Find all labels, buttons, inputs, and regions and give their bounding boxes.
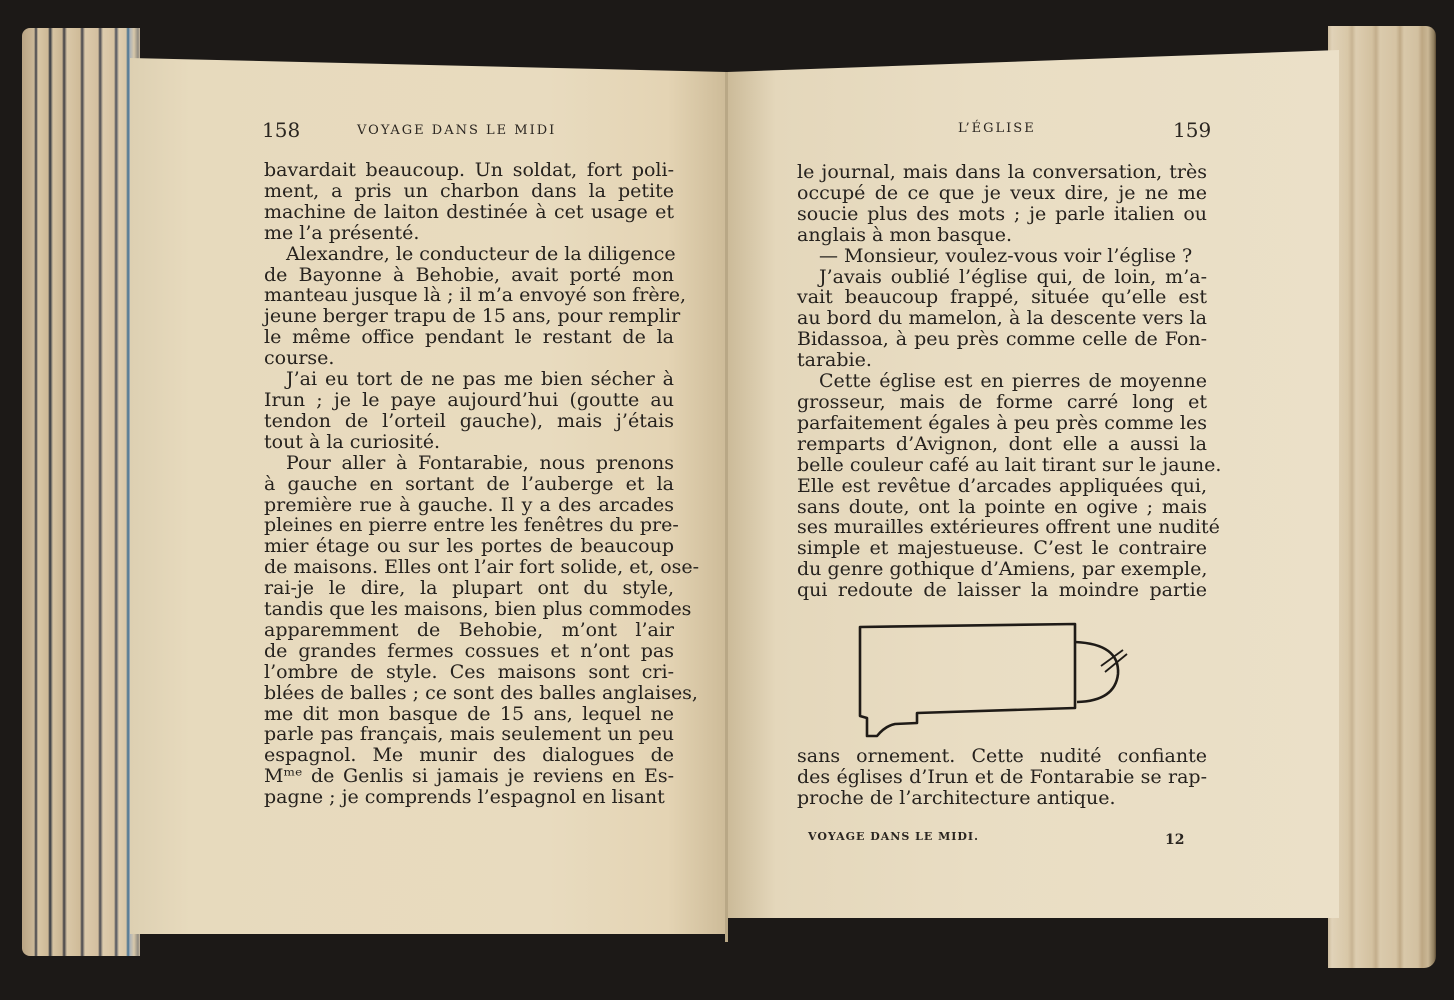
text-line: tandis que les maisons, bien plus commod…: [264, 599, 674, 620]
text-line: jeune berger trapu de 15 ans, pour rempl…: [264, 306, 674, 327]
right-page-body-bottom: sans ornement. Cette nudité confiantedes…: [797, 746, 1207, 809]
text-line: Cette église est en pierres de moyenne: [797, 371, 1207, 392]
text-line: pagne ; je comprends l’espagnol en lisan…: [264, 787, 674, 808]
text-line: proche de l’architecture antique.: [797, 788, 1207, 809]
text-line: mier étage ou sur les portes de beaucoup: [264, 536, 674, 557]
left-page-body: bavardait beaucoup. Un soldat, fort poli…: [264, 160, 674, 808]
text-line: Bidassoa, à peu près comme celle de Fon-: [797, 329, 1207, 350]
left-page-number: 158: [262, 118, 300, 142]
left-running-header: VOYAGE DANS LE MIDI: [357, 123, 556, 138]
text-line: soucie plus des mots ; je parle italien …: [797, 204, 1207, 225]
open-book: 158 VOYAGE DANS LE MIDI bavardait beauco…: [0, 0, 1454, 1000]
signature-mark: 12: [1165, 832, 1184, 848]
text-line: apparemment de Behobie, m’ont l’air: [264, 620, 674, 641]
text-line: me dit mon basque de 15 ans, lequel ne: [264, 704, 674, 725]
text-line: ment, a pris un charbon dans la petite: [264, 181, 674, 202]
text-line: remparts d’Avignon, dont elle a aussi la: [797, 434, 1207, 455]
right-running-header: L’ÉGLISE: [958, 121, 1036, 136]
text-line: Irun ; je le paye aujourd’hui (goutte au: [264, 390, 674, 411]
text-line: parfaitement égales à peu près comme les: [797, 413, 1207, 434]
text-line: au bord du mamelon, à la descente vers l…: [797, 308, 1207, 329]
text-line: des églises d’Irun et de Fontarabie se r…: [797, 767, 1207, 788]
text-line: J’ai eu tort de ne pas me bien sécher à: [264, 369, 674, 390]
text-line: — Monsieur, voulez-vous voir l’église ?: [797, 246, 1207, 267]
left-page-edges: [22, 28, 140, 956]
text-line: parle pas français, mais seulement un pe…: [264, 724, 674, 745]
text-line: de maisons. Elles ont l’air fort solide,…: [264, 557, 674, 578]
text-line: première rue à gauche. Il y a des arcade…: [264, 495, 674, 516]
text-line: course.: [264, 348, 674, 369]
footer-title: VOYAGE DANS LE MIDI.: [808, 830, 979, 843]
text-line: machine de laiton destinée à cet usage e…: [264, 202, 674, 223]
text-line: rai-je le dire, la plupart ont du style,: [264, 578, 674, 599]
text-line: tendon de l’orteil gauche), mais j’étais: [264, 411, 674, 432]
text-line: tout à la curiosité.: [264, 432, 674, 453]
text-line: le journal, mais dans la conversation, t…: [797, 162, 1207, 183]
right-page-edges: [1328, 26, 1436, 968]
text-line: grosseur, mais de forme carré long et: [797, 392, 1207, 413]
text-line: ses murailles extérieures offrent une nu…: [797, 517, 1207, 538]
text-line: l’ombre de style. Ces maisons sont cri-: [264, 662, 674, 683]
text-line: bavardait beaucoup. Un soldat, fort poli…: [264, 160, 674, 181]
text-line: à gauche en sortant de l’auberge et la: [264, 474, 674, 495]
text-line: anglais à mon basque.: [797, 225, 1207, 246]
church-floor-plan-icon: [855, 618, 1145, 738]
book-gutter: [725, 72, 728, 942]
right-page-body-top: le journal, mais dans la conversation, t…: [797, 162, 1207, 601]
text-line: sans doute, ont la pointe en ogive ; mai…: [797, 497, 1207, 518]
text-line: sans ornement. Cette nudité confiante: [797, 746, 1207, 767]
text-line: de grandes fermes cossues et n’ont pas: [264, 641, 674, 662]
text-line: de Bayonne à Behobie, avait porté mon: [264, 265, 674, 286]
text-line: le même office pendant le restant de la: [264, 327, 674, 348]
text-line: occupé de ce que je veux dire, je ne me: [797, 183, 1207, 204]
text-line: qui redoute de laisser la moindre partie: [797, 580, 1207, 601]
text-line: tarabie.: [797, 350, 1207, 371]
text-line: Mᵐᵉ de Genlis si jamais je reviens en Es…: [264, 766, 674, 787]
text-line: blées de balles ; ce sont des balles ang…: [264, 683, 674, 704]
text-line: me l’a présenté.: [264, 223, 674, 244]
text-line: simple et majestueuse. C’est le contrair…: [797, 538, 1207, 559]
text-line: J’avais oublié l’église qui, de loin, m’…: [797, 267, 1207, 288]
text-line: du genre gothique d’Amiens, par exemple,: [797, 559, 1207, 580]
text-line: Alexandre, le conducteur de la diligence: [264, 244, 674, 265]
text-line: pleines en pierre entre les fenêtres du …: [264, 515, 674, 536]
text-line: Elle est revêtue d’arcades appliquées qu…: [797, 476, 1207, 497]
text-line: belle couleur café au lait tirant sur le…: [797, 455, 1207, 476]
text-line: Pour aller à Fontarabie, nous prenons: [264, 453, 674, 474]
text-line: manteau jusque là ; il m’a envoyé son fr…: [264, 285, 674, 306]
right-page-number: 159: [1173, 118, 1211, 142]
text-line: espagnol. Me munir des dialogues de: [264, 745, 674, 766]
text-line: vait beaucoup frappé, située qu’elle est: [797, 287, 1207, 308]
